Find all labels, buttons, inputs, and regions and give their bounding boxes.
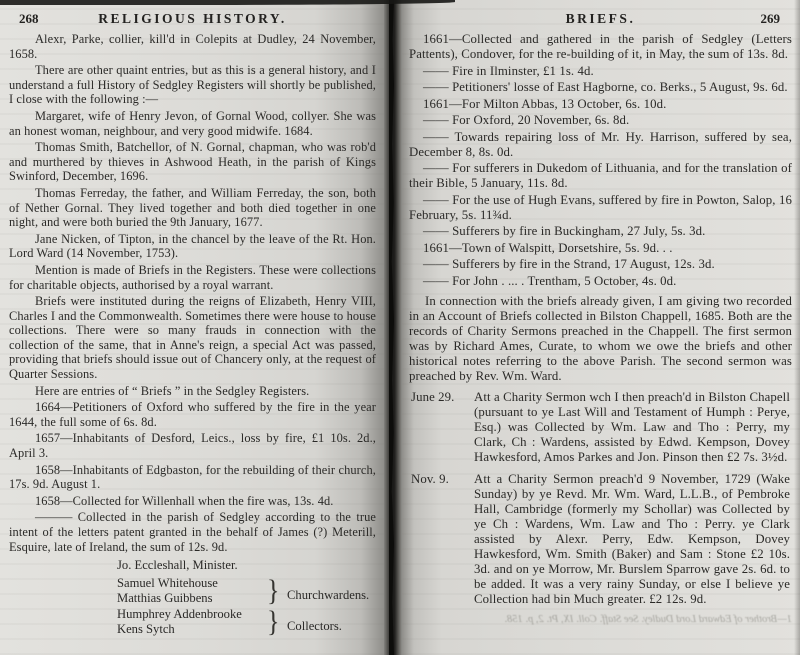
signature-name: Samuel Whitehouse xyxy=(117,576,267,591)
paragraph: Thomas Ferreday, the father, and William… xyxy=(9,186,376,230)
brief-entry: 1661—For Milton Abbas, 13 October, 6s. 1… xyxy=(409,97,792,112)
sermon-entry: June 29. Att a Charity Sermon wch I then… xyxy=(409,390,792,465)
intro-paragraph: In connection with the briefs already gi… xyxy=(409,294,792,384)
brief-entry: —— For sufferers in Dukedom of Lithuania… xyxy=(409,161,792,191)
brief-entry: —— Fire in Ilminster, £1 1s. 4d. xyxy=(409,64,792,79)
paragraph: Here are entries of “ Briefs ” in the Se… xyxy=(9,384,376,399)
right-running-head: BRIEFS. xyxy=(409,8,792,27)
brief-entry: —— For John . ... . Trentham, 5 October,… xyxy=(409,274,792,289)
churchwardens-label: Churchwardens. xyxy=(283,580,369,603)
sermon-date: Nov. 9. xyxy=(409,472,474,607)
binding-shadow xyxy=(389,0,394,655)
brace-mark: } xyxy=(267,607,283,637)
minister-signature: Jo. Eccleshall, Minister. xyxy=(117,558,376,573)
collector-names: Humphrey Addenbrooke Kens Sytch xyxy=(117,607,267,637)
page-edge-shadow xyxy=(794,0,800,655)
paragraph: Alexr, Parke, collier, kill'd in Colepit… xyxy=(9,32,376,61)
brief-entry: 1661—Collected and gathered in the paris… xyxy=(409,32,792,62)
brief-entry: ——— Collected in the parish of Sedgley a… xyxy=(9,510,376,554)
left-running-head: RELIGIOUS HISTORY. xyxy=(9,8,376,27)
collectors-label: Collectors. xyxy=(283,611,342,634)
signature-name: Kens Sytch xyxy=(117,622,267,637)
sermon-text: Att a Charity Sermon preach'd 9 November… xyxy=(474,472,792,607)
brief-entry: 1664—Petitioners of Oxford who suffered … xyxy=(9,400,376,429)
left-page-head: 268 RELIGIOUS HISTORY. xyxy=(9,8,376,30)
brief-entry: —— Towards repairing loss of Mr. Hy. Har… xyxy=(409,130,792,160)
brief-entry: —— Sufferers by fire in Buckingham, 27 J… xyxy=(409,224,792,239)
sermon-entry: Nov. 9. Att a Charity Sermon preach'd 9 … xyxy=(409,472,792,607)
brief-entry: —— Sufferers by fire in the Strand, 17 A… xyxy=(409,257,792,272)
brief-entry: 1658—Collected for Willenhall when the f… xyxy=(9,494,376,509)
right-page-head: BRIEFS. 269 xyxy=(409,8,792,30)
book-scan: 268 RELIGIOUS HISTORY. Alexr, Parke, col… xyxy=(0,0,800,655)
brief-entry: 1658—Inhabitants of Edgbaston, for the r… xyxy=(9,463,376,492)
left-page: 268 RELIGIOUS HISTORY. Alexr, Parke, col… xyxy=(0,0,384,655)
paragraph: There are other quaint entries, but as t… xyxy=(9,63,376,107)
right-page-number: 269 xyxy=(761,11,781,27)
churchwardens-row: Samuel Whitehouse Matthias Guibbens } Ch… xyxy=(117,576,376,606)
churchwarden-names: Samuel Whitehouse Matthias Guibbens xyxy=(117,576,267,606)
left-page-number: 268 xyxy=(19,11,39,27)
brief-entry: —— Petitioners' losse of East Hagborne, … xyxy=(409,80,792,95)
signature-name: Humphrey Addenbrooke xyxy=(117,607,267,622)
signature-block: Jo. Eccleshall, Minister. Samuel Whiteho… xyxy=(117,558,376,637)
paragraph: Briefs were instituted during the reigns… xyxy=(9,294,376,382)
bleed-through-footnote: 1—Brother of Edward Lord Dudley. See Sta… xyxy=(409,614,792,625)
signature-name: Matthias Guibbens xyxy=(117,591,267,606)
sermon-text: Att a Charity Sermon wch I then preach'd… xyxy=(474,390,792,465)
paragraph: Mention is made of Briefs in the Registe… xyxy=(9,263,376,292)
brief-entry: —— For the use of Hugh Evans, suffered b… xyxy=(409,193,792,223)
paragraph: Thomas Smith, Batchellor, of N. Gornal, … xyxy=(9,140,376,184)
paragraph: Jane Nicken, of Tipton, in the chancel b… xyxy=(9,232,376,261)
paragraph: Margaret, wife of Henry Jevon, of Gornal… xyxy=(9,109,376,138)
sermon-date: June 29. xyxy=(409,390,474,465)
book-gutter xyxy=(384,0,402,655)
brief-entry: 1657—Inhabitants of Desford, Leics., los… xyxy=(9,431,376,460)
brief-entry: —— For Oxford, 20 November, 6s. 8d. xyxy=(409,113,792,128)
brace-mark: } xyxy=(267,576,283,606)
collectors-row: Humphrey Addenbrooke Kens Sytch } Collec… xyxy=(117,607,376,637)
brief-entry: 1661—Town of Walspitt, Dorsetshire, 5s. … xyxy=(409,241,792,256)
right-page: BRIEFS. 269 1661—Collected and gathered … xyxy=(402,0,800,655)
